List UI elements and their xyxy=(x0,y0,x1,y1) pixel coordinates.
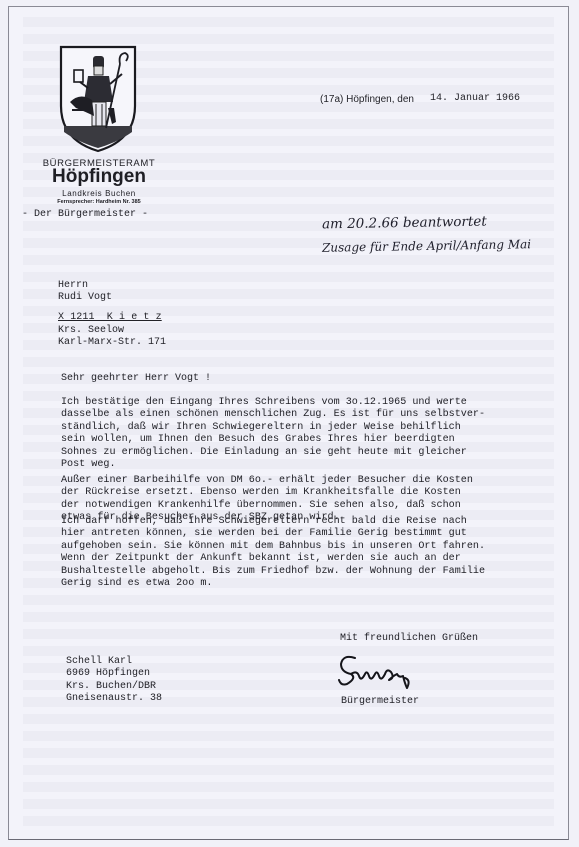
recipient-street: Karl-Marx-Str. 171 xyxy=(58,337,166,349)
letterhead-phone: Fernsprecher: Hardheim Nr. 385 xyxy=(36,199,162,205)
letterhead-town: Höpfingen xyxy=(36,166,162,188)
department-line: - Der Bürgermeister - xyxy=(22,209,148,220)
body-paragraph-3: Ich darf hoffen, daß Ihre Schwiegerelter… xyxy=(61,516,566,590)
salutation: Sehr geehrter Herr Vogt ! xyxy=(61,373,211,384)
recipient-salutation-line: Herrn xyxy=(58,280,166,292)
coat-of-arms-icon xyxy=(58,44,138,154)
signature-icon xyxy=(333,650,433,692)
recipient-address: Herrn Rudi Vogt X 1211 K i e t z Krs. Se… xyxy=(58,280,166,349)
sender-street: Gneisenaustr. 38 xyxy=(66,693,162,705)
recipient-district: Krs. Seelow xyxy=(58,325,166,337)
sender-name: Schell Karl xyxy=(66,656,162,668)
recipient-name: Rudi Vogt xyxy=(58,292,166,304)
body-paragraph-1: Ich bestätige den Eingang Ihres Schreibe… xyxy=(61,397,566,471)
closing: Mit freundlichen Grüßen xyxy=(340,633,478,644)
recipient-city: X 1211 K i e t z xyxy=(58,312,166,324)
sender-city: 6969 Höpfingen xyxy=(66,668,162,680)
dateline-date: 14. Januar 1966 xyxy=(430,93,520,104)
letterhead-district: Landkreis Buchen xyxy=(36,189,162,198)
dateline-place: (17a) Höpfingen, den xyxy=(320,94,414,105)
sender-address: Schell Karl 6969 Höpfingen Krs. Buchen/D… xyxy=(66,656,162,706)
handwritten-note-line-1: am 20.2.66 beantwortet xyxy=(322,214,487,233)
sender-district: Krs. Buchen/DBR xyxy=(66,681,162,693)
signatory-title: Bürgermeister xyxy=(341,696,419,707)
dateline: (17a) Höpfingen, den14. Januar 1966 xyxy=(320,89,520,107)
